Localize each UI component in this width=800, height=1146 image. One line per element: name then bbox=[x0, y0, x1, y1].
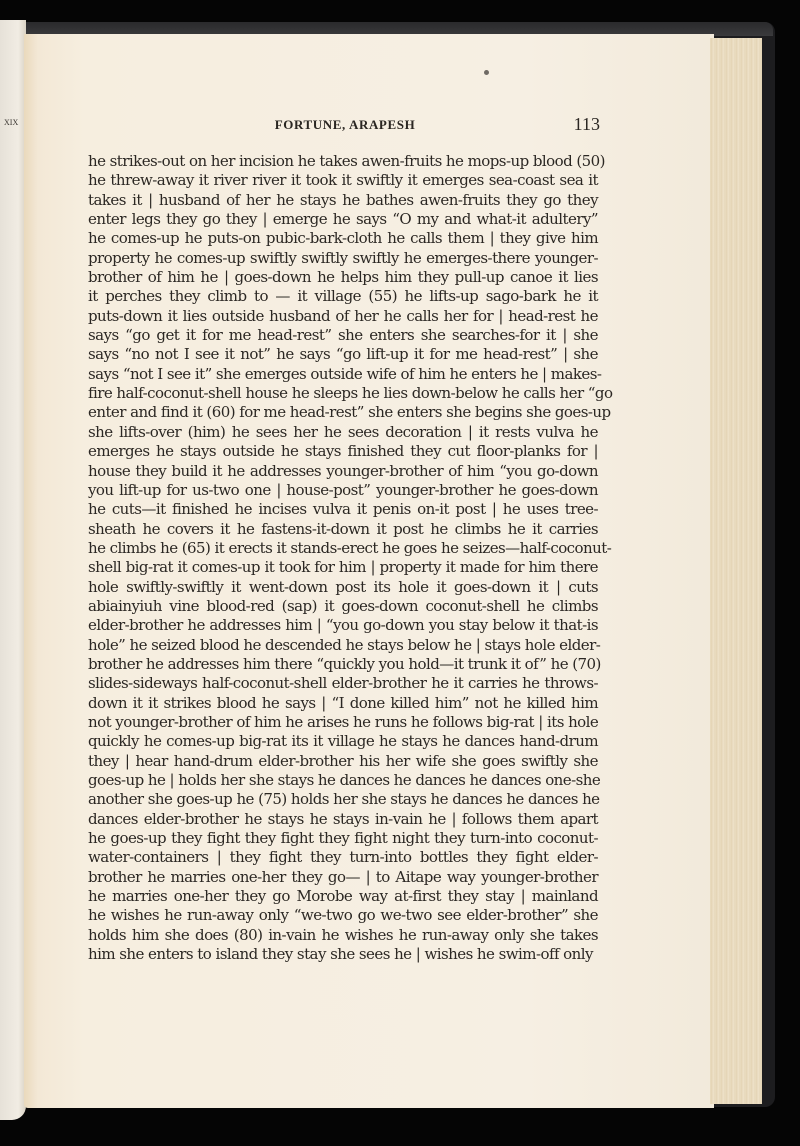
text-line: you lift-up for us-two one | house-post”… bbox=[88, 481, 598, 500]
text-line: emerges he stays outside he stays finish… bbox=[88, 442, 598, 461]
text-line: not younger-brother of him he arises he … bbox=[88, 713, 598, 732]
text-line: he cuts—it finished he incises vulva it … bbox=[88, 500, 598, 519]
text-line: slides-sideways half-coconut-shell elder… bbox=[88, 674, 598, 693]
text-line: enter and find it (60) for me head-rest”… bbox=[88, 403, 598, 422]
text-line: elder-brother he addresses him | “you go… bbox=[88, 616, 598, 635]
text-line: abiainyiuh vine blood-red (sap) it goes-… bbox=[88, 597, 598, 616]
paper-speck bbox=[484, 70, 489, 75]
text-line: brother of him he | goes-down he helps h… bbox=[88, 268, 598, 287]
facing-page-edge: XIX bbox=[0, 20, 26, 1120]
text-line: brother he marries one-her they go— | to… bbox=[88, 868, 598, 887]
text-line: house they build it he addresses younger… bbox=[88, 462, 598, 481]
text-line: property he comes-up swiftly swiftly swi… bbox=[88, 249, 598, 268]
text-line: he strikes-out on her incision he takes … bbox=[88, 152, 598, 171]
text-line: he goes-up they fight they fight they fi… bbox=[88, 829, 598, 848]
text-line: they | hear hand-drum elder-brother his … bbox=[88, 752, 598, 771]
text-line: he wishes he run-away only “we-two go we… bbox=[88, 906, 598, 925]
text-line: goes-up he | holds her she stays he danc… bbox=[88, 771, 598, 790]
text-line: brother he addresses him there “quickly … bbox=[88, 655, 598, 674]
text-line: shell big-rat it comes-up it took for hi… bbox=[88, 558, 598, 577]
text-line: he climbs he (65) it erects it stands-er… bbox=[88, 539, 598, 558]
body-text: he strikes-out on her incision he takes … bbox=[88, 152, 598, 964]
text-line: puts-down it lies outside husband of her… bbox=[88, 307, 598, 326]
text-line: down it it strikes blood he says | “I do… bbox=[88, 694, 598, 713]
text-line: fire half-coconut-shell house he sleeps … bbox=[88, 384, 598, 403]
text-line: says “no not I see it not” he says “go l… bbox=[88, 345, 598, 364]
text-line: dances elder-brother he stays he stays i… bbox=[88, 810, 598, 829]
text-line: says “not I see it” she emerges outside … bbox=[88, 365, 598, 384]
text-line: takes it | husband of her he stays he ba… bbox=[88, 191, 598, 210]
text-line: says “go get it for me head-rest” she en… bbox=[88, 326, 598, 345]
text-line: quickly he comes-up big-rat its it villa… bbox=[88, 732, 598, 751]
text-line: she lifts-over (him) he sees her he sees… bbox=[88, 423, 598, 442]
page-number: 113 bbox=[574, 114, 600, 135]
text-line: sheath he covers it he fastens-it-down i… bbox=[88, 520, 598, 539]
text-line: him she enters to island they stay she s… bbox=[88, 945, 598, 964]
running-title: FORTUNE, ARAPESH bbox=[90, 117, 600, 133]
text-line: holds him she does (80) in-vain he wishe… bbox=[88, 926, 598, 945]
text-line: enter legs they go they | emerge he says… bbox=[88, 210, 598, 229]
text-line: another she goes-up he (75) holds her sh… bbox=[88, 790, 598, 809]
text-line: he comes-up he puts-on pubic-bark-cloth … bbox=[88, 229, 598, 248]
text-line: he threw-away it river river it took it … bbox=[88, 171, 598, 190]
text-line: hole” he seized blood he descended he st… bbox=[88, 636, 598, 655]
text-line: water-containers | they fight they turn-… bbox=[88, 848, 598, 867]
text-line: hole swiftly-swiftly it went-down post i… bbox=[88, 578, 598, 597]
facing-page-header: XIX bbox=[4, 118, 18, 127]
text-line: he marries one-her they go Morobe way at… bbox=[88, 887, 598, 906]
running-head: FORTUNE, ARAPESH 113 bbox=[90, 115, 600, 137]
text-line: it perches they climb to — it village (5… bbox=[88, 287, 598, 306]
page-fore-edge bbox=[710, 38, 762, 1104]
